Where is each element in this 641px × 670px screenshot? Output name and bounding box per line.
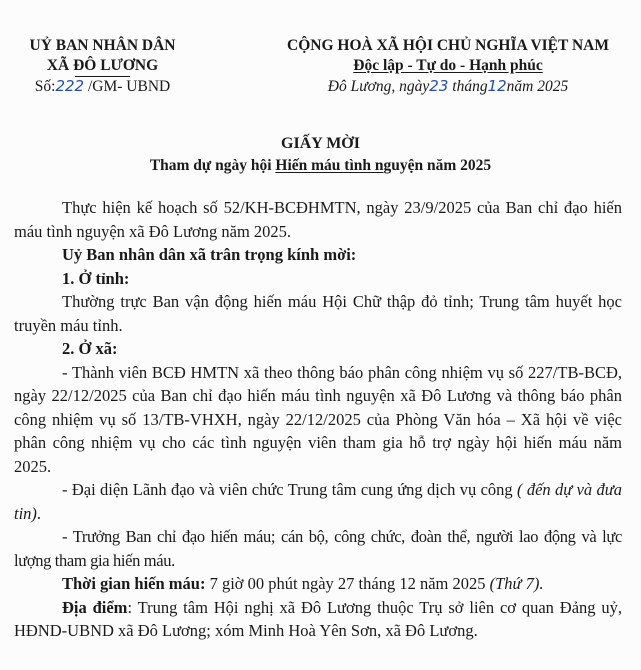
document-body: Thực hiện kế hoạch số 52/KH-BCĐHMTN, ngà…: [14, 196, 622, 643]
issuing-authority-block: UỶ BAN NHÂN DÂN XÃ ĐÔ LƯƠNG Số:222 /GM- …: [10, 36, 195, 97]
section1-text: Thường trực Ban vận động hiến máu Hội Ch…: [14, 290, 622, 337]
place-line: Địa điểm: Trung tâm Hội nghị xã Đô Lương…: [14, 596, 622, 643]
section2-item3: - Trưởng Ban chỉ đạo hiến máu; cán bộ, c…: [14, 525, 622, 572]
document-subtitle: Tham dự ngày hội Hiến máu tình nguyện nă…: [0, 155, 641, 177]
handwritten-number: 222: [55, 77, 84, 95]
time-line: Thời gian hiến máu: 7 giờ 00 phút ngày 2…: [14, 572, 622, 596]
number-prefix: Số:: [35, 78, 56, 95]
document-number: Số:222 /GM- UBND: [10, 76, 195, 97]
handwritten-month: 12: [488, 77, 507, 95]
section2-item1: - Thành viên BCĐ HMTN xã theo thông báo …: [14, 361, 622, 479]
place-date: Đô Lương, ngày23 tháng12năm 2025: [262, 76, 634, 97]
commune-name: XÃ ĐÔ LƯƠNG: [47, 56, 158, 76]
motto: Độc lập - Tự do - Hạnh phúc: [353, 57, 542, 74]
invite-heading: Uỷ Ban nhân dân xã trân trọng kính mời:: [14, 243, 622, 267]
subtitle-underlined: Hiến máu tình n: [275, 157, 383, 174]
authority-name: UỶ BAN NHÂN DÂN: [10, 36, 195, 56]
section1-heading: 1. Ở tỉnh:: [14, 267, 622, 291]
country-name: CỘNG HOÀ XÃ HỘI CHỦ NGHĨA VIỆT NAM: [262, 36, 634, 56]
document-title: GIẤY MỜI: [0, 133, 641, 155]
number-suffix: /GM- UBND: [84, 78, 170, 95]
national-motto-block: CỘNG HOÀ XÃ HỘI CHỦ NGHĨA VIỆT NAM Độc l…: [262, 36, 634, 97]
handwritten-day: 23: [429, 77, 448, 95]
intro-paragraph: Thực hiện kế hoạch số 52/KH-BCĐHMTN, ngà…: [14, 196, 622, 243]
section2-item2: - Đại diện Lãnh đạo và viên chức Trung t…: [14, 478, 622, 525]
section2-heading: 2. Ở xã:: [14, 337, 622, 361]
